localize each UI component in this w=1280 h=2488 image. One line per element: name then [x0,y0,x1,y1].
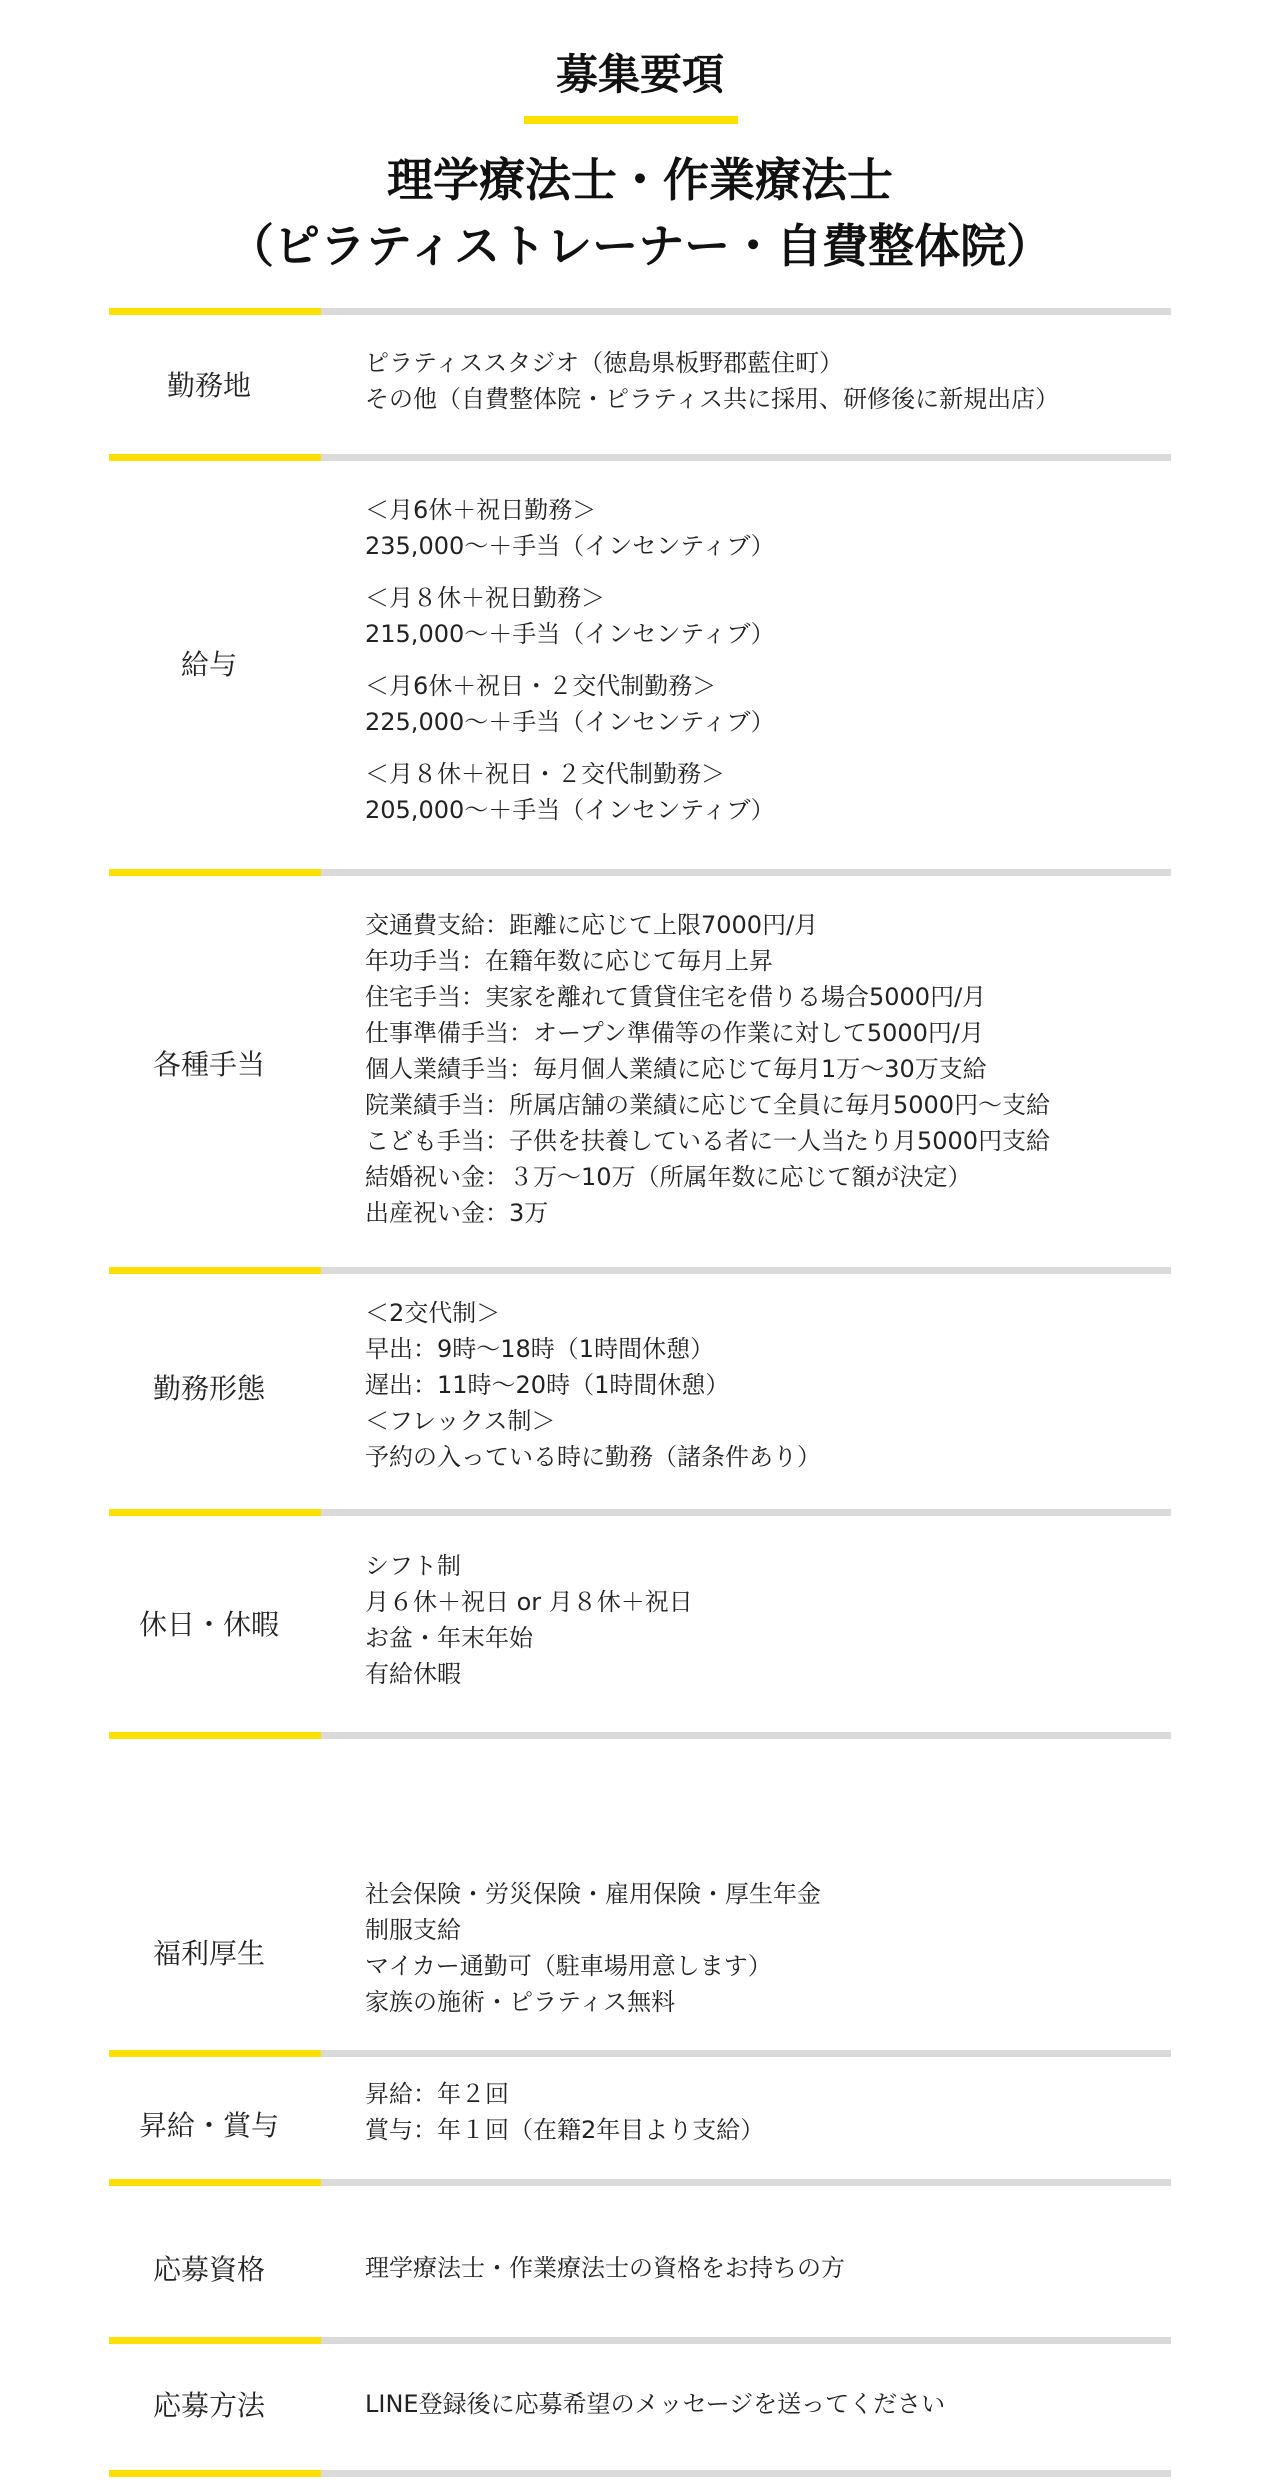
content-line: 理学療法士・作業療法士の資格をお持ちの方 [365,2250,845,2286]
row-content-salary: ＜月6休＋祝日勤務＞ 235,000〜＋手当（インセンティブ） ＜月８休＋祝日勤… [365,492,775,828]
content-line: 年功手当：在籍年数に応じて毎月上昇 [365,943,1050,979]
row-content-benefits: 社会保険・労災保険・雇用保険・厚生年金 制服支給 マイカー通勤可（駐車場用意しま… [365,1876,821,2020]
divider [109,1509,1171,1516]
content-line: 住宅手当：実家を離れて賃貸住宅を借りる場合5000円/月 [365,979,1050,1015]
content-line: こども手当：子供を扶養している者に一人当たり月5000円支給 [365,1123,1050,1159]
salary-condition: ＜月6休＋祝日勤務＞ [365,492,775,528]
divider [109,1267,1171,1274]
salary-condition: ＜月８休＋祝日勤務＞ [365,580,775,616]
row-label-workplace: 勤務地 [109,364,309,404]
salary-condition: ＜月８休＋祝日・２交代制勤務＞ [365,756,775,792]
divider-accent [109,1267,321,1274]
salary-amount: 225,000〜＋手当（インセンティブ） [365,704,775,740]
job-title: 理学療法士・作業療法士 [0,144,1280,210]
divider-accent [109,1509,321,1516]
content-line: 遅出：11時〜20時（1時間休憩） [365,1367,821,1403]
content-line: 昇給：年２回 [365,2076,764,2112]
content-line: 出産祝い金：3万 [365,1195,1050,1231]
row-content-qualifications: 理学療法士・作業療法士の資格をお持ちの方 [365,2250,845,2286]
divider [109,2337,1171,2344]
content-line: 交通費支給：距離に応じて上限7000円/月 [365,907,1050,943]
content-line: 有給休暇 [365,1656,693,1692]
salary-condition: ＜月6休＋祝日・２交代制勤務＞ [365,668,775,704]
divider-accent [109,2470,321,2477]
divider [109,869,1171,876]
row-content-how-to-apply: LINE登録後に応募希望のメッセージを送ってください [365,2386,945,2422]
content-line: 月６休＋祝日 or 月８休＋祝日 [365,1584,693,1620]
divider-accent [109,2179,321,2186]
content-line: 予約の入っている時に勤務（諸条件あり） [365,1439,821,1475]
content-line: お盆・年末年始 [365,1620,693,1656]
divider [109,308,1171,315]
page-title: 募集要項 [0,42,1280,102]
divider [109,454,1171,461]
row-label-raises-bonus: 昇給・賞与 [109,2104,309,2144]
job-subtitle: （ピラティストレーナー・自費整体院） [0,210,1280,276]
title-underline [524,116,738,124]
divider [109,1732,1171,1739]
content-line: 仕事準備手当：オープン準備等の作業に対して5000円/月 [365,1015,1050,1051]
row-label-qualifications: 応募資格 [109,2248,309,2288]
content-line: シフト制 [365,1548,693,1584]
row-label-holidays: 休日・休暇 [109,1603,309,1643]
divider-accent [109,454,321,461]
row-content-allowances: 交通費支給：距離に応じて上限7000円/月 年功手当：在籍年数に応じて毎月上昇 … [365,907,1050,1231]
content-line: 結婚祝い金：３万〜10万（所属年数に応じて額が決定） [365,1159,1050,1195]
content-line: 早出：9時〜18時（1時間休憩） [365,1331,821,1367]
content-line: 院業績手当：所属店舗の業績に応じて全員に毎月5000円〜支給 [365,1087,1050,1123]
row-label-salary: 給与 [109,643,309,683]
divider-accent [109,2050,321,2057]
content-line: 個人業績手当：毎月個人業績に応じて毎月1万〜30万支給 [365,1051,1050,1087]
content-line: 賞与：年１回（在籍2年目より支給） [365,2112,764,2148]
divider [109,2179,1171,2186]
row-content-holidays: シフト制 月６休＋祝日 or 月８休＋祝日 お盆・年末年始 有給休暇 [365,1548,693,1692]
content-line: マイカー通勤可（駐車場用意します） [365,1948,821,1984]
row-label-allowances: 各種手当 [109,1043,309,1083]
row-content-raises-bonus: 昇給：年２回 賞与：年１回（在籍2年目より支給） [365,2076,764,2148]
divider-accent [109,2337,321,2344]
divider-accent [109,1732,321,1739]
content-line: ＜2交代制＞ [365,1295,821,1331]
row-label-work-style: 勤務形態 [109,1367,309,1407]
content-line: ＜フレックス制＞ [365,1403,821,1439]
row-content-work-style: ＜2交代制＞ 早出：9時〜18時（1時間休憩） 遅出：11時〜20時（1時間休憩… [365,1295,821,1475]
row-label-how-to-apply: 応募方法 [109,2384,309,2424]
salary-amount: 215,000〜＋手当（インセンティブ） [365,616,775,652]
content-line: 家族の施術・ピラティス無料 [365,1984,821,2020]
divider [109,2470,1171,2477]
content-line: 社会保険・労災保険・雇用保険・厚生年金 [365,1876,821,1912]
salary-amount: 205,000〜＋手当（インセンティブ） [365,792,775,828]
content-line: 制服支給 [365,1912,821,1948]
salary-amount: 235,000〜＋手当（インセンティブ） [365,528,775,564]
divider [109,2050,1171,2057]
row-content-workplace: ピラティススタジオ（徳島県板野郡藍住町） その他（自費整体院・ピラティス共に採用… [365,345,1059,417]
divider-accent [109,869,321,876]
content-line: LINE登録後に応募希望のメッセージを送ってください [365,2386,945,2422]
content-line: ピラティススタジオ（徳島県板野郡藍住町） [365,345,1059,381]
divider-accent [109,308,321,315]
content-line: その他（自費整体院・ピラティス共に採用、研修後に新規出店） [365,381,1059,417]
row-label-benefits: 福利厚生 [109,1932,309,1972]
